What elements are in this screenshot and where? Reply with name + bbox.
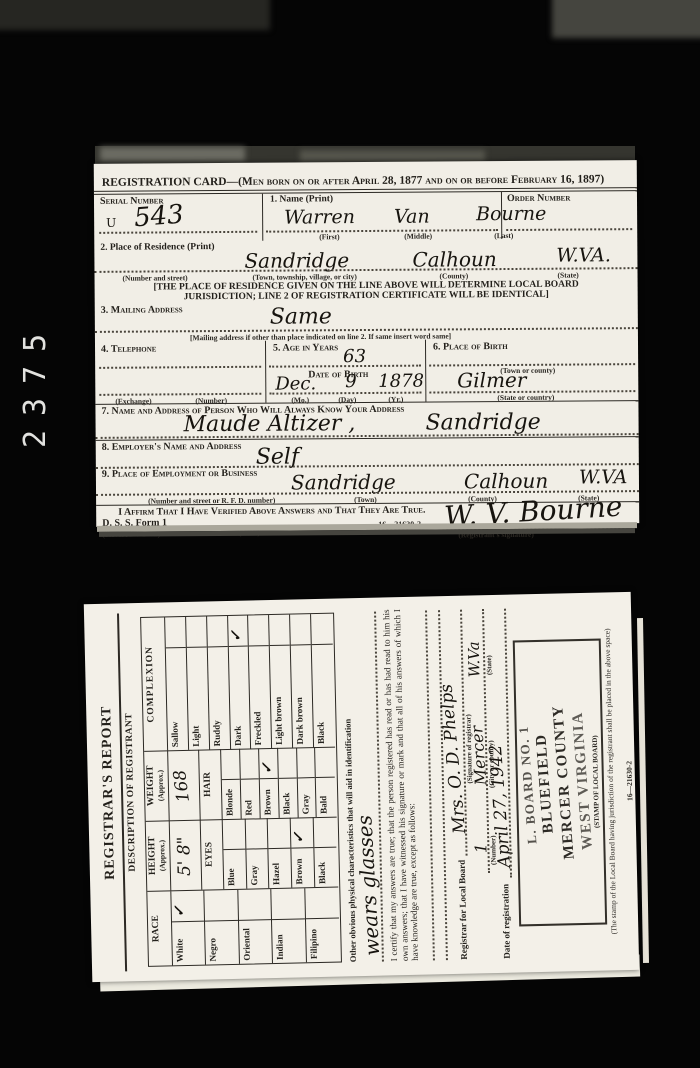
name-label: 1. Name (Print) xyxy=(270,195,333,205)
employment-state-value: W.VA xyxy=(579,466,628,488)
complexion-label: Freckled xyxy=(249,646,271,748)
eyes-label: Black xyxy=(314,848,338,888)
hair-label: Brown xyxy=(260,779,279,818)
film-frame-number: 2375 xyxy=(18,320,53,448)
eyes-checkcell xyxy=(245,818,267,849)
date-label: Date of registration xyxy=(500,884,512,959)
hair-label: Bald xyxy=(316,778,336,817)
telephone-label: 4. Telephone xyxy=(101,344,156,355)
certify-blank-line1 xyxy=(425,610,435,960)
certify-text: I certify that my answers are true; that… xyxy=(381,609,421,962)
complexion-label: Dark xyxy=(228,647,250,749)
film-smudge-top-right xyxy=(552,0,700,38)
weight-header: WEIGHT (Approx.) xyxy=(144,750,170,821)
hair-row-brown: Brown ✓ xyxy=(259,748,279,818)
residence-state-value: W.VA. xyxy=(556,244,611,266)
characteristics-label: Other obvious physical characteristics t… xyxy=(340,612,358,962)
divider-serial-name xyxy=(262,194,263,241)
residence-sub-street: (Number and street) xyxy=(123,273,188,282)
order-line xyxy=(506,228,632,231)
hair-checkcell xyxy=(240,748,259,779)
age-value: 63 xyxy=(343,346,366,367)
complexion-checkcell xyxy=(311,614,333,645)
race-white-checkmark: ✓ xyxy=(171,891,204,923)
name-last-value: Bourne xyxy=(476,203,546,225)
eyes-row-gray: Gray xyxy=(245,818,269,888)
complexion-checkcell xyxy=(249,615,270,646)
eyes-row-black: Black xyxy=(313,817,337,887)
telephone-line2 xyxy=(99,393,261,396)
residence-sub-county: (County) xyxy=(439,271,468,280)
race-row-oriental: Oriental xyxy=(238,889,273,964)
name-last-sub: (Last) xyxy=(494,231,513,240)
hair-row-gray: Gray xyxy=(297,747,317,817)
race-header: RACE xyxy=(147,891,173,966)
contact-value-name: Maude Altizer , xyxy=(183,411,355,437)
dob-day-value: 9 xyxy=(345,371,357,392)
card-header: REGISTRATION CARD—(Men born on or after … xyxy=(102,173,634,189)
race-checkcell xyxy=(205,890,238,922)
residence-line xyxy=(94,267,637,273)
name-first-value: Warren xyxy=(284,206,355,228)
eyes-label: Brown xyxy=(291,848,314,887)
hair-row-red: Red xyxy=(240,748,260,818)
race-label: Oriental xyxy=(239,920,272,964)
hair-label: Gray xyxy=(297,778,316,817)
hair-checkcell xyxy=(278,747,297,778)
weight-value: 168 xyxy=(166,768,202,822)
complexion-checkcell xyxy=(207,616,228,647)
complexion-checkcell xyxy=(165,617,186,648)
race-row-negro: Negro xyxy=(205,890,240,965)
eyes-label: Hazel xyxy=(269,849,292,888)
residence-sub-state: (State) xyxy=(557,271,578,280)
complexion-row-dark-brown: Dark brown xyxy=(290,614,314,747)
eyes-brown-checkmark: ✓ xyxy=(291,817,313,848)
card-stack-edge-top-light1 xyxy=(100,147,245,161)
complexion-row-ruddy: Ruddy xyxy=(207,616,231,749)
race-label: Filipino xyxy=(306,919,340,963)
complexion-label: Ruddy xyxy=(208,647,230,749)
telephone-line1 xyxy=(99,366,261,369)
back-print-code: 16—21630-2 xyxy=(621,592,639,970)
age-label: 5. Age in Years xyxy=(273,343,338,354)
eyes-header: EYES xyxy=(201,819,225,889)
weight-value-cell: 168 xyxy=(168,750,201,821)
complexion-label: Black xyxy=(312,645,335,747)
divider-age-birth xyxy=(425,340,426,402)
employer-label: 8. Employer's Name and Address xyxy=(102,442,242,453)
mailing-sub: [Mailing address if other than place ind… xyxy=(190,331,451,342)
hair-checkcell xyxy=(316,747,336,778)
card-stack-edge-top-light2 xyxy=(300,150,485,162)
age-line1 xyxy=(269,365,421,368)
birthplace-value: Gilmer xyxy=(457,368,526,392)
height-eyes-column: HEIGHT (Approx.) 5' 8" EYES Blue Gray Ha… xyxy=(146,817,339,892)
eyes-checkcell xyxy=(313,817,336,849)
employment-label: 9. Place of Employment or Business xyxy=(102,469,257,481)
film-smudge-top-left xyxy=(0,0,270,30)
complexion-row-light: Light xyxy=(186,616,210,749)
registrar-label: Registrar for Local Board xyxy=(457,860,469,960)
complexion-row-black: Black xyxy=(311,614,335,747)
residence-label: 2. Place of Residence (Print) xyxy=(100,243,214,254)
race-row-indian: Indian xyxy=(271,888,306,963)
registrar-state-value: W.Va xyxy=(465,641,484,677)
complexion-dark-checkmark: ✓ xyxy=(228,616,249,647)
height-header-sub: (Approx.) xyxy=(157,840,167,872)
mailing-value: Same xyxy=(270,304,332,329)
complexion-label: Dark brown xyxy=(291,645,313,747)
complexion-checkcell xyxy=(269,615,290,646)
complexion-row-dark: Dark ✓ xyxy=(228,616,252,749)
race-row-filipino: Filipino xyxy=(305,888,340,963)
complexion-checkcell xyxy=(186,616,207,647)
race-label: Indian xyxy=(272,919,305,963)
hair-checkcell xyxy=(221,749,240,780)
contact-value-town: Sandridge xyxy=(425,410,540,436)
complexion-label: Sallow xyxy=(166,648,188,750)
eyes-label: Gray xyxy=(246,849,269,888)
birthplace-label: 6. Place of Birth xyxy=(433,342,508,353)
eyes-label: Blue xyxy=(223,850,246,889)
serial-value: 543 xyxy=(133,200,185,234)
divider-tel-age xyxy=(265,341,266,403)
serial-line xyxy=(99,231,257,234)
height-value-cell: 5' 8" xyxy=(170,820,203,891)
complexion-checkcell xyxy=(290,614,311,645)
race-label: Negro xyxy=(205,921,238,965)
hair-row-blonde: Blonde xyxy=(221,749,241,819)
height-value: 5' 8" xyxy=(170,836,201,890)
jurisdiction-note-line2: JURISDICTION; LINE 2 OF REGISTRATION CER… xyxy=(105,290,628,304)
affirmation-text: I Affirm That I Have Verified Above Answ… xyxy=(118,506,425,519)
eyes-checkcell xyxy=(268,818,290,849)
hair-label: Blonde xyxy=(222,780,241,819)
hair-label: Red xyxy=(241,779,260,818)
hair-brown-checkmark: ✓ xyxy=(259,748,278,779)
weight-header-sub: (Approx.) xyxy=(156,770,166,802)
registrar-report-content: REGISTRAR'S REPORT DESCRIPTION OF REGIST… xyxy=(84,592,639,982)
stamp-box: L. BOARD NO. 1 BLUEFIELD MERCER COUNTY W… xyxy=(513,639,607,927)
dob-year-value: 1878 xyxy=(378,371,424,392)
complexion-row-sallow: Sallow xyxy=(165,617,189,750)
dob-label: Date of Birth xyxy=(308,370,368,381)
race-checkcell xyxy=(271,888,304,920)
card-stack-sliver-right xyxy=(637,618,649,963)
complexion-row-light-brown: Light brown xyxy=(269,615,293,748)
eyes-checkcell xyxy=(223,819,245,850)
complexion-label: Light brown xyxy=(270,646,292,748)
name-middle-value: Van xyxy=(394,206,430,228)
employment-town-value: Sandridge xyxy=(291,470,396,495)
eyes-row-brown: Brown ✓ xyxy=(291,817,315,887)
hair-row-black: Black xyxy=(278,747,298,817)
complexion-label: Light xyxy=(187,647,209,749)
race-column: RACE White ✓ Negro Oriental Indian xyxy=(147,888,340,966)
complexion-header: COMPLEXION xyxy=(141,617,168,751)
race-checkcell xyxy=(238,889,271,921)
hair-label: Black xyxy=(278,778,297,817)
registration-card-front: REGISTRATION CARD—(Men born on or after … xyxy=(94,160,640,527)
race-label: White xyxy=(172,922,205,966)
name-line xyxy=(266,229,498,233)
registrar-state-sub: (State) xyxy=(485,655,493,675)
hair-checkcell xyxy=(297,747,316,778)
race-checkcell xyxy=(305,888,339,920)
race-row-white: White ✓ xyxy=(171,891,206,966)
description-table: RACE White ✓ Negro Oriental Indian xyxy=(140,613,342,967)
height-header: HEIGHT (Approx.) xyxy=(146,820,172,891)
employment-county-value: Calhoun xyxy=(464,469,548,494)
mailing-label: 3. Mailing Address xyxy=(101,305,183,316)
hair-row-bald: Bald xyxy=(316,747,336,817)
eyes-row-hazel: Hazel xyxy=(268,818,292,888)
registrar-report-card: REGISTRAR'S REPORT DESCRIPTION OF REGIST… xyxy=(84,592,639,982)
hair-header: HAIR xyxy=(199,749,223,819)
name-first-sub: (First) xyxy=(319,232,339,241)
complexion-column: COMPLEXION Sallow Light Ruddy Dark ✓ xyxy=(141,614,335,752)
serial-prefix: U xyxy=(106,216,116,230)
weight-hair-column: WEIGHT (Approx.) 168 HAIR Blonde Red Bro… xyxy=(144,747,337,822)
name-middle-sub: (Middle) xyxy=(404,232,432,241)
film-scan-page: 2375 REGISTRATION CARD—(Men born on or a… xyxy=(0,0,700,1068)
eyes-row-blue: Blue xyxy=(223,819,247,889)
complexion-row-freckled: Freckled xyxy=(249,615,273,748)
